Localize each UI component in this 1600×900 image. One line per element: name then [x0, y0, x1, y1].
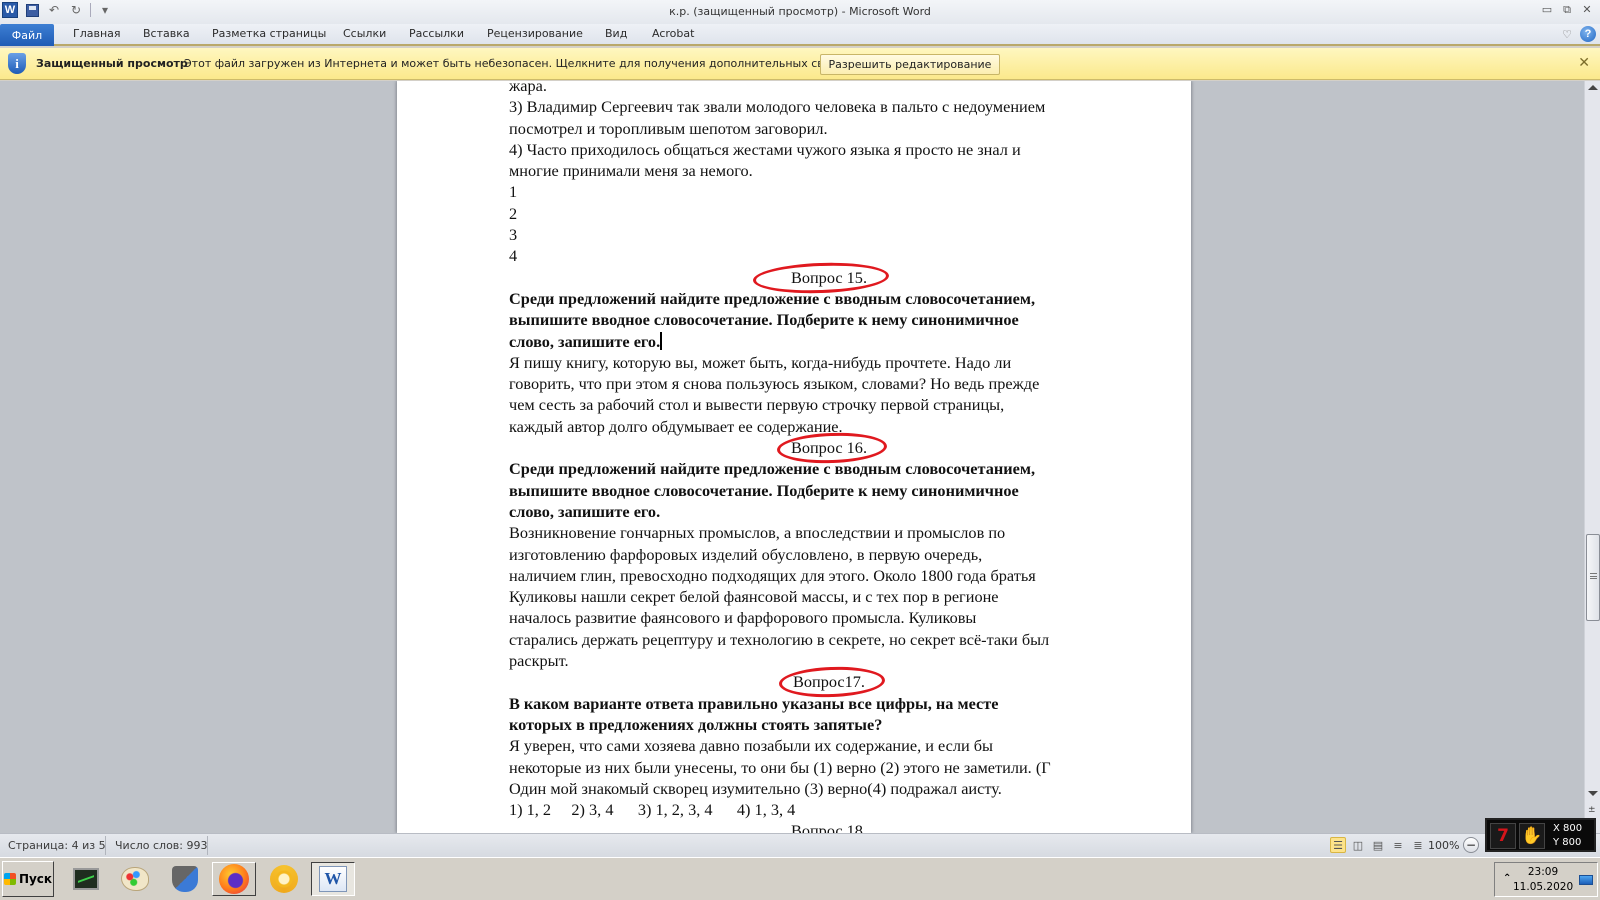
firefox-icon: [219, 864, 249, 894]
tab-mailings[interactable]: Рассылки: [409, 27, 464, 40]
restore-icon[interactable]: ⧉: [1560, 3, 1574, 17]
security-shield-icon: [172, 866, 198, 892]
question-heading: Вопрос17.: [509, 671, 1149, 692]
question-text: Куликовы нашли секрет белой фаянсовой ма…: [509, 586, 1149, 607]
question-text: наличием глин, превосходно подходящих дл…: [509, 565, 1149, 586]
print-layout-icon[interactable]: ☰: [1330, 837, 1346, 853]
status-bar: Страница: 4 из 5 Число слов: 993 ☰ ◫ ▤ ≡…: [0, 833, 1600, 857]
coordinate-readout: X 800 Y 800: [1553, 822, 1582, 850]
zoom-out-icon[interactable]: −: [1463, 837, 1479, 853]
doc-line: посмотрел и торопливым шепотом заговорил…: [509, 118, 1149, 139]
question-task: которых в предложениях должны стоять зап…: [509, 714, 1149, 735]
firefox-app[interactable]: [212, 862, 256, 896]
question-task: слово, запишите его.: [509, 501, 1149, 522]
web-layout-icon[interactable]: ▤: [1370, 837, 1386, 853]
question-task: выпишите вводное словосочетание. Подбери…: [509, 480, 1149, 501]
task-manager-icon: [73, 868, 99, 890]
full-screen-reading-icon[interactable]: ◫: [1350, 837, 1366, 853]
document-page[interactable]: жара. 3) Владимир Сергеевич так звали мо…: [397, 81, 1191, 833]
question-heading: Вопрос 15.: [509, 267, 1149, 288]
close-icon[interactable]: ✕: [1580, 3, 1594, 17]
x-coordinate: X 800: [1553, 822, 1582, 836]
minimize-icon[interactable]: ▭: [1540, 3, 1554, 17]
close-icon[interactable]: ✕: [1578, 55, 1590, 71]
paint-palette-icon: [121, 867, 149, 891]
text-cursor: [660, 332, 662, 350]
tab-review[interactable]: Рецензирование: [487, 27, 583, 40]
status-separator: [207, 836, 208, 855]
show-desktop-icon[interactable]: [1579, 875, 1593, 885]
paint-app[interactable]: [113, 862, 157, 896]
document-body[interactable]: жара. 3) Владимир Сергеевич так звали мо…: [509, 81, 1149, 833]
protected-view-bar: i Защищенный просмотр Этот файл загружен…: [0, 48, 1600, 80]
question-text: началось развитие фаянсового и фарфорово…: [509, 607, 1149, 628]
coordinate-overlay: 7 ✋ X 800 Y 800: [1485, 818, 1596, 852]
chrome-app[interactable]: [262, 862, 306, 896]
question-text: чем сесть за рабочий стол и вывести перв…: [509, 394, 1149, 415]
question-text: Я пишу книгу, которую вы, может быть, ко…: [509, 352, 1149, 373]
page-counter[interactable]: Страница: 4 из 5: [8, 839, 106, 852]
scroll-down-icon[interactable]: [1588, 791, 1598, 796]
word-icon: W: [319, 866, 347, 892]
question-17-heading: Вопрос17.: [793, 671, 865, 692]
question-text: говорить, что при этом я снова пользуюсь…: [509, 373, 1149, 394]
question-text: старались держать рецептуру и технологию…: [509, 629, 1149, 650]
question-text: некоторые из них были унесены, то они бы…: [509, 757, 1149, 778]
help-icon[interactable]: ?: [1580, 26, 1596, 42]
doc-line: 4) Часто приходилось общаться жестами чу…: [509, 139, 1149, 160]
outline-icon[interactable]: ≡: [1390, 837, 1406, 853]
doc-line: многие принимали меня за немого.: [509, 160, 1149, 181]
security-app[interactable]: [163, 862, 207, 896]
start-button[interactable]: Пуск: [2, 861, 54, 897]
clock-time: 23:09: [1513, 865, 1573, 880]
doc-line: 3) Владимир Сергеевич так звали молодого…: [509, 96, 1149, 117]
question-16-heading: Вопрос 16.: [791, 437, 867, 458]
question-task: слово, запишите его.: [509, 331, 1149, 352]
red-hand-icon: ✋: [1519, 823, 1545, 849]
tab-page-layout[interactable]: Разметка страницы: [212, 27, 326, 40]
window-title: к.р. (защищенный просмотр) - Microsoft W…: [0, 5, 1600, 18]
red-7-icon: 7: [1490, 823, 1516, 849]
draft-icon[interactable]: ≣: [1410, 837, 1426, 853]
word-app[interactable]: W: [311, 862, 355, 896]
answer-options: 1) 1, 2 2) 3, 4 3) 1, 2, 3, 4 4) 1, 3, 4: [509, 799, 1149, 820]
previous-page-icon[interactable]: ±: [1588, 805, 1596, 815]
windows-flag-icon: [4, 873, 16, 885]
taskbar: Пуск W ⌃ 23:09 11.05.2020: [0, 857, 1600, 900]
task-manager-app[interactable]: [64, 862, 108, 896]
scroll-up-icon[interactable]: [1588, 85, 1598, 90]
title-bar: W ↶ ↻ ▾ к.р. (защищенный просмотр) - Mic…: [0, 0, 1600, 24]
doc-line: 1: [509, 181, 1149, 202]
question-18-heading-partial: Вопрос 18.: [509, 820, 1149, 833]
clock-date: 11.05.2020: [1513, 880, 1573, 895]
tab-home[interactable]: Главная: [73, 27, 121, 40]
message-bar-title: Защищенный просмотр: [36, 57, 188, 70]
minimize-ribbon-icon[interactable]: ♡: [1562, 28, 1572, 41]
chrome-icon: [270, 865, 298, 893]
zoom-level[interactable]: 100%: [1428, 839, 1459, 852]
tab-insert[interactable]: Вставка: [143, 27, 190, 40]
scrollbar-thumb[interactable]: [1586, 534, 1600, 621]
question-task: выпишите вводное словосочетание. Подбери…: [509, 309, 1149, 330]
enable-editing-button[interactable]: Разрешить редактирование: [820, 54, 1000, 75]
question-task-text: слово, запишите его.: [509, 332, 660, 351]
question-text: Один мой знакомый скворец изумительно (3…: [509, 778, 1149, 799]
question-text: Возникновение гончарных промыслов, а впо…: [509, 522, 1149, 543]
clock[interactable]: 23:09 11.05.2020: [1513, 865, 1573, 895]
question-text: Я уверен, что сами хозяева давно позабыл…: [509, 735, 1149, 756]
word-count[interactable]: Число слов: 993: [115, 839, 208, 852]
doc-line: 3: [509, 224, 1149, 245]
question-15-heading: Вопрос 15.: [791, 267, 867, 288]
system-tray: ⌃ 23:09 11.05.2020: [1494, 862, 1598, 897]
tab-file[interactable]: Файл: [0, 24, 54, 46]
show-hidden-icons-icon[interactable]: ⌃: [1503, 873, 1511, 884]
tab-references[interactable]: Ссылки: [343, 27, 386, 40]
document-workspace: жара. 3) Владимир Сергеевич так звали мо…: [0, 81, 1584, 833]
question-heading: Вопрос 16.: [509, 437, 1149, 458]
y-coordinate: Y 800: [1553, 836, 1582, 850]
question-text: изготовлению фарфоровых изделий обусловл…: [509, 544, 1149, 565]
info-shield-icon: i: [8, 53, 26, 74]
window-controls: ▭ ⧉ ✕: [1540, 3, 1594, 17]
start-label: Пуск: [19, 872, 52, 886]
grip-icon: [1590, 573, 1597, 579]
message-bar-text[interactable]: Этот файл загружен из Интернета и может …: [184, 57, 870, 70]
status-separator: [105, 836, 106, 855]
view-buttons: ☰ ◫ ▤ ≡ ≣: [1330, 837, 1426, 853]
vertical-scrollbar[interactable]: ±: [1584, 81, 1600, 833]
tab-acrobat[interactable]: Acrobat: [652, 27, 694, 40]
doc-line: 2: [509, 203, 1149, 224]
tab-view[interactable]: Вид: [605, 27, 627, 40]
ribbon-tabs: Файл Главная Вставка Разметка страницы С…: [0, 24, 1600, 46]
doc-line: жара.: [509, 81, 1149, 96]
